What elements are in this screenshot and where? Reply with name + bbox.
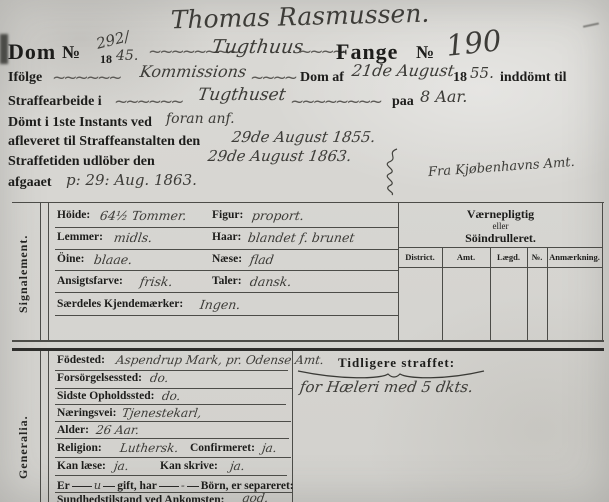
field-label-hoide: Höide: xyxy=(57,209,90,221)
tidligere-straffet-hand: for Hæleri med 5 dkts. xyxy=(299,378,475,396)
section-label-generalia: Generalia. xyxy=(16,392,31,502)
field-label-religion: Religion: xyxy=(57,442,102,454)
domt-hand: foran anf. xyxy=(166,111,235,127)
rule-line xyxy=(55,292,398,293)
straffearbeide-hand: Tugthuset xyxy=(197,85,287,105)
field-label-figur: Figur: xyxy=(212,209,243,221)
section-divider-rule xyxy=(12,348,604,351)
rule-line xyxy=(55,270,398,271)
vaernepligtig-eller: eller xyxy=(398,221,603,231)
dom-institution-hand: Tugthuus xyxy=(210,36,304,58)
rule-line xyxy=(55,249,398,250)
field-value-confirmeret: ja. xyxy=(261,441,278,455)
straffetiden-hand: 29de August 1863. xyxy=(207,147,353,165)
afleveret-hand: 29de August 1855. xyxy=(231,128,377,146)
section-label-signalement: Signalement. xyxy=(16,210,31,338)
field-value-forsorgelsessted: do. xyxy=(149,371,169,385)
field-value-naeringsvei: Tjenestekarl, xyxy=(121,406,203,420)
blank-rule xyxy=(159,486,179,487)
rule-line xyxy=(55,404,286,405)
field-label-confirmeret: Confirmeret: xyxy=(190,442,255,454)
dom-year-printed: 18 xyxy=(100,52,112,67)
vertical-rule xyxy=(40,351,41,502)
born-hand: - xyxy=(181,478,185,492)
afgaaet-hand: p: 29: Aug. 1863. xyxy=(66,171,197,189)
field-value-lemmer: midls. xyxy=(113,230,153,245)
field-value-sidste-opholdssted: do. xyxy=(161,389,181,403)
field-row-gift-born-separeret: Erugift, har-Börn, er separeret: xyxy=(57,478,294,492)
field-label-naeringsvei: Næringsvei: xyxy=(57,407,116,419)
blank-rule xyxy=(103,486,115,487)
field-label-sundhedstilstand: Sundhedstilstand ved Ankomsten: xyxy=(57,494,224,502)
rule-line xyxy=(12,202,604,203)
field-label-alder: Alder: xyxy=(57,424,89,436)
column-header-laegd: Lægd. xyxy=(490,252,527,262)
blank-rule xyxy=(72,486,92,487)
vaernepligtig-title: Værnepligtig xyxy=(398,207,603,222)
field-label-kan-skrive: Kan skrive: xyxy=(160,460,218,472)
ifolge-label: Ifölge xyxy=(8,70,42,86)
field-value-kan-skrive: ja. xyxy=(229,459,246,473)
fange-no-symbol: № xyxy=(416,42,434,63)
domt-label: Dömt i 1ste Instants ved xyxy=(8,115,152,131)
field-value-religion: Luthersk. xyxy=(119,441,179,455)
field-value-kan-laese: ja. xyxy=(113,459,130,473)
flourish-ornament xyxy=(114,92,181,112)
gift-mid-label: gift, har xyxy=(117,480,157,492)
field-value-figur: proport. xyxy=(251,208,305,223)
field-label-taler: Taler: xyxy=(212,275,242,287)
rule-line xyxy=(55,457,291,458)
dom-no-symbol: № xyxy=(62,42,80,63)
field-value-kjendemaerker: Ingen. xyxy=(199,297,242,312)
dom-af-label: Dom af xyxy=(300,70,344,86)
flourish-ornament xyxy=(52,68,119,88)
rule-line xyxy=(398,267,603,268)
field-value-oine: blaae. xyxy=(93,252,133,267)
field-value-fodested: Aspendrup Mark, pr. Odense Amt. xyxy=(115,353,325,367)
prisoner-name-heading: Thomas Rasmussen. xyxy=(130,0,471,35)
field-label-forsorgelsessted: Forsörgelsessted: xyxy=(57,372,142,384)
field-label-fodested: Födested: xyxy=(57,354,105,366)
rule-line xyxy=(55,315,398,316)
flourish-ornament xyxy=(290,92,380,112)
column-header-district: District. xyxy=(398,252,442,262)
prisoner-record-scan: Thomas Rasmussen. Dom № 292/ 18 45. Tugt… xyxy=(0,0,609,502)
inddomt-label: inddömt til xyxy=(500,70,567,86)
column-header-no: №. xyxy=(527,252,547,262)
pencil-mark xyxy=(583,22,601,37)
field-value-hoide: 64½ Tommer. xyxy=(99,208,188,223)
field-value-ansigtsfarve: frisk. xyxy=(139,274,174,289)
field-value-alder: 26 Aar. xyxy=(95,423,140,437)
paa-hand: 8 Aar. xyxy=(420,87,467,106)
field-label-sidste-opholdssted: Sidste Opholdssted: xyxy=(57,390,154,402)
paa-label: paa xyxy=(392,94,414,110)
dom-year-hand: 45. xyxy=(116,48,138,64)
straffetiden-label: Straffetiden udlöber den xyxy=(8,154,155,170)
afleveret-label: afleveret til Straffeanstalten den xyxy=(8,134,200,150)
dom-af-year-printed: 18 xyxy=(453,70,467,86)
straffearbeide-label: Straffearbeide i xyxy=(8,94,102,110)
afgaaet-label: afgaaet xyxy=(8,175,52,191)
blank-rule xyxy=(187,486,199,487)
gift-pre-label: Er xyxy=(57,480,70,492)
field-value-taler: dansk. xyxy=(249,274,293,289)
column-header-anmaerkning: Anmærkning. xyxy=(547,252,602,262)
vaernepligtig-subtitle: Söindrulleret. xyxy=(398,231,603,246)
squiggle-ornament xyxy=(384,148,400,196)
ifolge-hand: Kommissions xyxy=(139,62,248,81)
field-value-sundhedstilstand: god. xyxy=(241,491,269,502)
vertical-rule xyxy=(48,351,49,502)
field-label-kan-laese: Kan læse: xyxy=(57,460,106,472)
dom-af-date-hand: 21de August xyxy=(351,61,456,80)
rule-line xyxy=(55,227,398,228)
fange-number-hand: 190 xyxy=(444,23,503,63)
ink-smudge xyxy=(0,34,8,64)
field-label-haar: Haar: xyxy=(212,231,241,243)
field-label-ansigtsfarve: Ansigtsfarve: xyxy=(57,275,123,287)
dom-af-year-hand: 55. xyxy=(470,64,494,82)
rule-line xyxy=(55,421,291,422)
rule-line xyxy=(55,370,288,371)
rule-line xyxy=(55,438,289,439)
field-label-kjendemaerker: Særdeles Kjendemærker: xyxy=(57,298,183,310)
field-label-oine: Öine: xyxy=(57,253,84,265)
rule-line xyxy=(398,247,603,248)
field-label-lemmer: Lemmer: xyxy=(57,231,103,243)
rule-line xyxy=(12,340,604,342)
dom-label: Dom xyxy=(8,39,56,65)
field-value-naese: flad xyxy=(249,252,275,267)
vertical-rule xyxy=(40,202,41,340)
vertical-rule xyxy=(48,202,49,340)
gift-hand: u xyxy=(94,478,101,492)
margin-note-hand: Fra Kjøbenhavns Amt. xyxy=(428,155,575,180)
rule-line xyxy=(55,475,287,476)
column-header-amt: Amt. xyxy=(442,252,490,262)
field-value-haar: blandet f. brunet xyxy=(247,230,356,245)
field-label-naese: Næse: xyxy=(212,253,242,265)
